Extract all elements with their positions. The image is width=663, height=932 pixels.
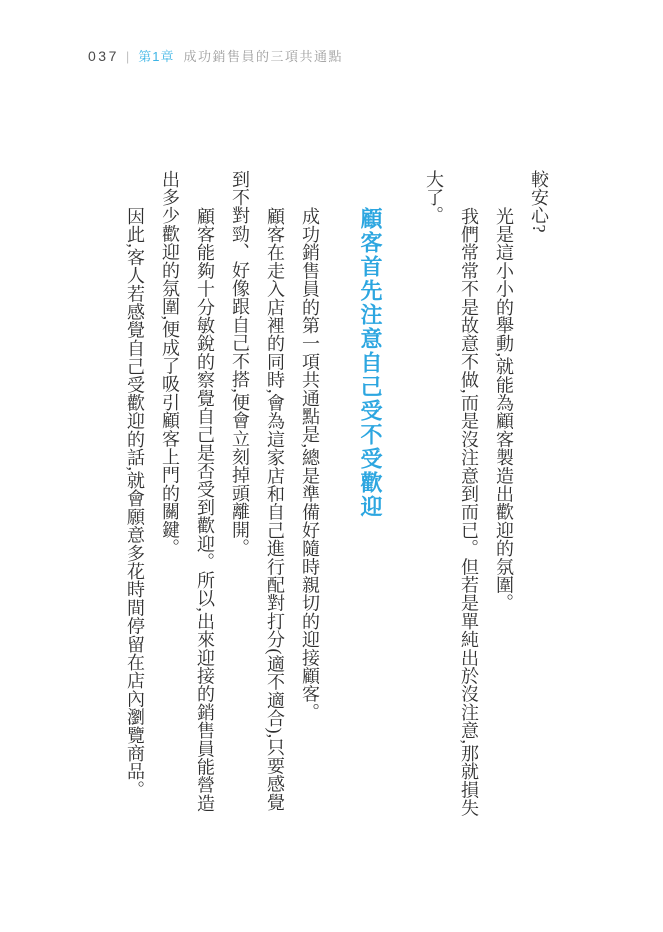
chapter-label: 第1章 — [138, 49, 174, 64]
page-body: 較安心? 光是這小小的舉動,就能為顧客製造出歡迎的氛圍。 我們常常不是故意不做,… — [117, 170, 556, 828]
paragraph: 顧客在走入店裡的同時,會為這家店和自己進行配對打分(適不適合),只要感覺到不對勁… — [222, 170, 292, 828]
running-header: 037|第1章成功銷售員的三項共通點 — [88, 48, 343, 65]
page-number: 037 — [88, 48, 119, 64]
paragraph: 顧客能夠十分敏銳的察覺自己是否受到歡迎。所以,出來迎接的銷售員能營造出多少歡迎的… — [152, 170, 222, 828]
chapter-title: 成功銷售員的三項共通點 — [183, 49, 343, 64]
book-page: 037|第1章成功銷售員的三項共通點 較安心? 光是這小小的舉動,就能為顧客製造… — [0, 0, 663, 932]
paragraph: 光是這小小的舉動,就能為顧客製造出歡迎的氛圍。 — [486, 170, 521, 828]
paragraph: 我們常常不是故意不做,而是沒注意到而已。但若是單純出於沒注意,那就損失大了。 — [416, 170, 486, 828]
paragraph: 成功銷售員的第一項共通點是,總是準備好隨時親切的迎接顧客。 — [292, 170, 327, 828]
paragraph-continuation: 較安心? — [521, 170, 556, 828]
paragraph: 因此,客人若感覺自己受歡迎的話,就會願意多花時間停留在店內瀏覽商品。 — [117, 170, 152, 828]
header-separator: | — [126, 49, 129, 64]
section-heading: 顧客首先注意自己受不受歡迎 — [357, 170, 383, 828]
